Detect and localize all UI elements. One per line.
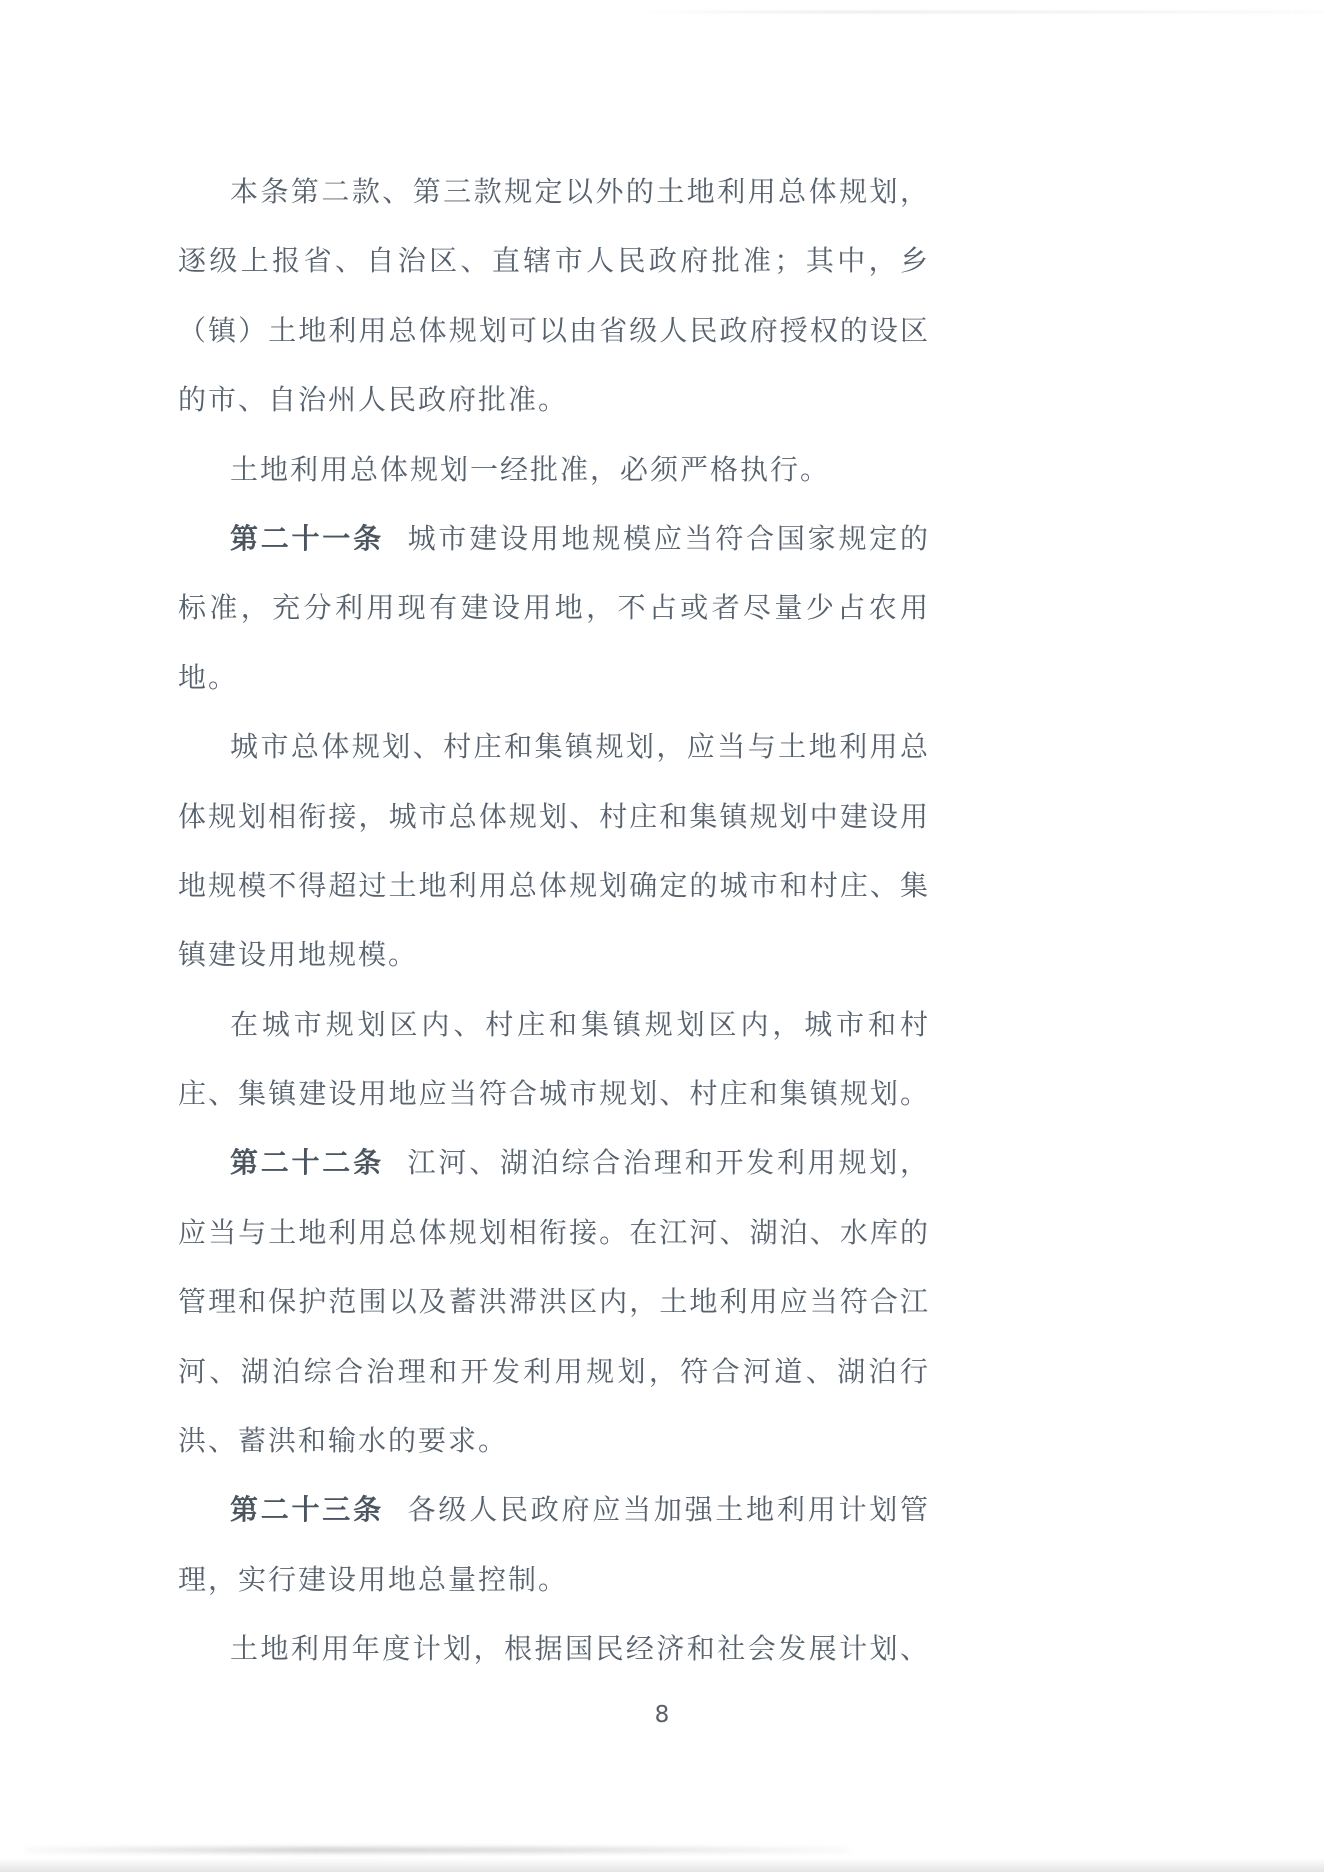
- text-line: 第二十一条城市建设用地规模应当符合国家规定的: [178, 504, 930, 573]
- text-line: 体规划相衔接，城市总体规划、村庄和集镇规划中建设用: [178, 782, 930, 851]
- text-line: 标准，充分利用现有建设用地，不占或者尽量少占农用: [178, 573, 930, 642]
- scan-artifact-bottom: [25, 1847, 850, 1853]
- text-line: 洪、蓄洪和输水的要求。: [178, 1406, 930, 1475]
- text-line: 的市、自治州人民政府批准。: [178, 365, 930, 434]
- text-line: 在城市规划区内、村庄和集镇规划区内，城市和村: [178, 990, 930, 1059]
- scan-artifact-edge: [0, 1858, 1324, 1872]
- document-body: 本条第二款、第三款规定以外的土地利用总体规划， 逐级上报省、自治区、直辖市人民政…: [178, 157, 930, 1684]
- text-line: 地。: [178, 643, 930, 712]
- article-text: 城市建设用地规模应当符合国家规定的: [408, 522, 930, 555]
- text-line: 河、湖泊综合治理和开发利用规划，符合河道、湖泊行: [178, 1337, 930, 1406]
- text-line: 土地利用总体规划一经批准，必须严格执行。: [178, 435, 930, 504]
- page-number: 8: [0, 1702, 1324, 1728]
- article-number: 第二十三条: [230, 1493, 384, 1526]
- text-line: 应当与土地利用总体规划相衔接。在江河、湖泊、水库的: [178, 1198, 930, 1267]
- text-line: 第二十三条各级人民政府应当加强土地利用计划管: [178, 1475, 930, 1544]
- text-line: 第二十二条江河、湖泊综合治理和开发利用规划，: [178, 1128, 930, 1197]
- document-page: 本条第二款、第三款规定以外的土地利用总体规划， 逐级上报省、自治区、直辖市人民政…: [0, 0, 1324, 1872]
- scan-artifact-top: [640, 11, 1324, 13]
- text-line: 本条第二款、第三款规定以外的土地利用总体规划，: [178, 157, 930, 226]
- text-line: 庄、集镇建设用地应当符合城市规划、村庄和集镇规划。: [178, 1059, 930, 1128]
- text-line: 土地利用年度计划，根据国民经济和社会发展计划、: [178, 1614, 930, 1683]
- text-line: 管理和保护范围以及蓄洪滞洪区内，土地利用应当符合江: [178, 1267, 930, 1336]
- text-line: 理，实行建设用地总量控制。: [178, 1545, 930, 1614]
- text-line: 逐级上报省、自治区、直辖市人民政府批准；其中，乡: [178, 226, 930, 295]
- article-number: 第二十二条: [230, 1146, 384, 1179]
- article-number: 第二十一条: [230, 522, 384, 555]
- text-line: （镇）土地利用总体规划可以由省级人民政府授权的设区: [178, 296, 930, 365]
- article-text: 各级人民政府应当加强土地利用计划管: [408, 1493, 930, 1526]
- text-line: 镇建设用地规模。: [178, 920, 930, 989]
- text-line: 地规模不得超过土地利用总体规划确定的城市和村庄、集: [178, 851, 930, 920]
- article-text: 江河、湖泊综合治理和开发利用规划，: [408, 1146, 930, 1179]
- text-line: 城市总体规划、村庄和集镇规划，应当与土地利用总: [178, 712, 930, 781]
